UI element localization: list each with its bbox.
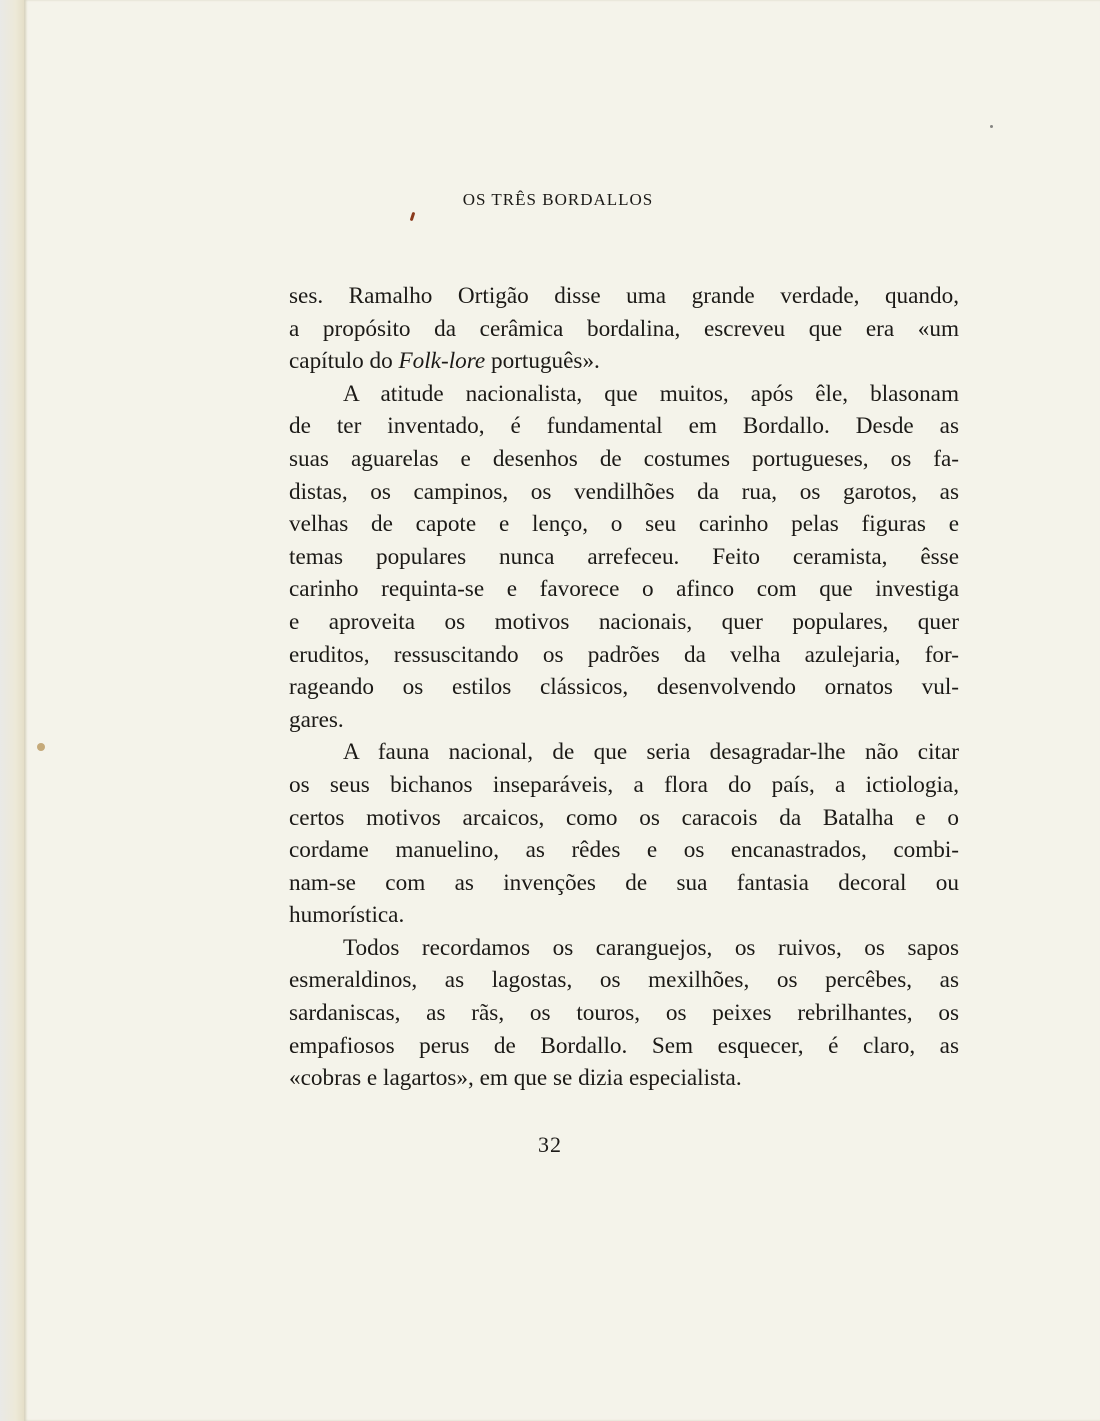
running-head: OS TRÊS BORDALLOS (0, 190, 1100, 210)
text-line: certos motivos arcaicos, como os caracoi… (289, 802, 959, 835)
text-line: os seus bichanos inseparáveis, a flora d… (289, 769, 959, 802)
text-segment: português». (485, 348, 600, 374)
text-line: A atitude nacionalista, que muitos, após… (289, 378, 959, 411)
italic-term: Folk-lore (398, 348, 485, 374)
text-line: temas populares nunca arrefeceu. Feito c… (289, 541, 959, 574)
text-line: sardaniscas, as rãs, os touros, os peixe… (289, 997, 959, 1030)
text-line: gares. (289, 704, 959, 737)
text-segment: capítulo do (289, 348, 398, 374)
text-line: humorística. (289, 899, 959, 932)
text-line: velhas de capote e lenço, o seu carinho … (289, 508, 959, 541)
text-line: eruditos, ressuscitando os padrões da ve… (289, 639, 959, 672)
text-line: rageando os estilos clássicos, desenvolv… (289, 671, 959, 704)
page-edge (0, 0, 26, 1421)
text-line: distas, os campinos, os vendilhões da ru… (289, 476, 959, 509)
text-line: empafiosos perus de Bordallo. Sem esquec… (289, 1030, 959, 1063)
body-text: ses. Ramalho Ortigão disse uma grande ve… (289, 280, 959, 1095)
text-line: a propósito da cerâmica bordalina, escre… (289, 313, 959, 346)
running-head-text: OS TRÊS BORDALLOS (463, 190, 654, 209)
page-number: 32 (0, 1132, 1100, 1158)
text-line: esmeraldinos, as lagostas, os mexilhões,… (289, 964, 959, 997)
text-line: capítulo do Folk-lore português». (289, 345, 959, 378)
text-line: carinho requinta-se e favorece o afinco … (289, 573, 959, 606)
text-line: e aproveita os motivos nacionais, quer p… (289, 606, 959, 639)
foxing-spot (37, 743, 45, 751)
text-line: ses. Ramalho Ortigão disse uma grande ve… (289, 280, 959, 313)
text-line: Todos recordamos os caranguejos, os ruiv… (289, 932, 959, 965)
text-line: A fauna nacional, de que seria desagrada… (289, 736, 959, 769)
text-line: cordame manuelino, as rêdes e os encanas… (289, 834, 959, 867)
text-line: «cobras e lagartos», em que se dizia esp… (289, 1062, 959, 1095)
text-line: de ter inventado, é fundamental em Borda… (289, 410, 959, 443)
foxing-spot (990, 125, 993, 128)
text-line: suas aguarelas e desenhos de costumes po… (289, 443, 959, 476)
text-line: nam-se com as invenções de sua fantasia … (289, 867, 959, 900)
